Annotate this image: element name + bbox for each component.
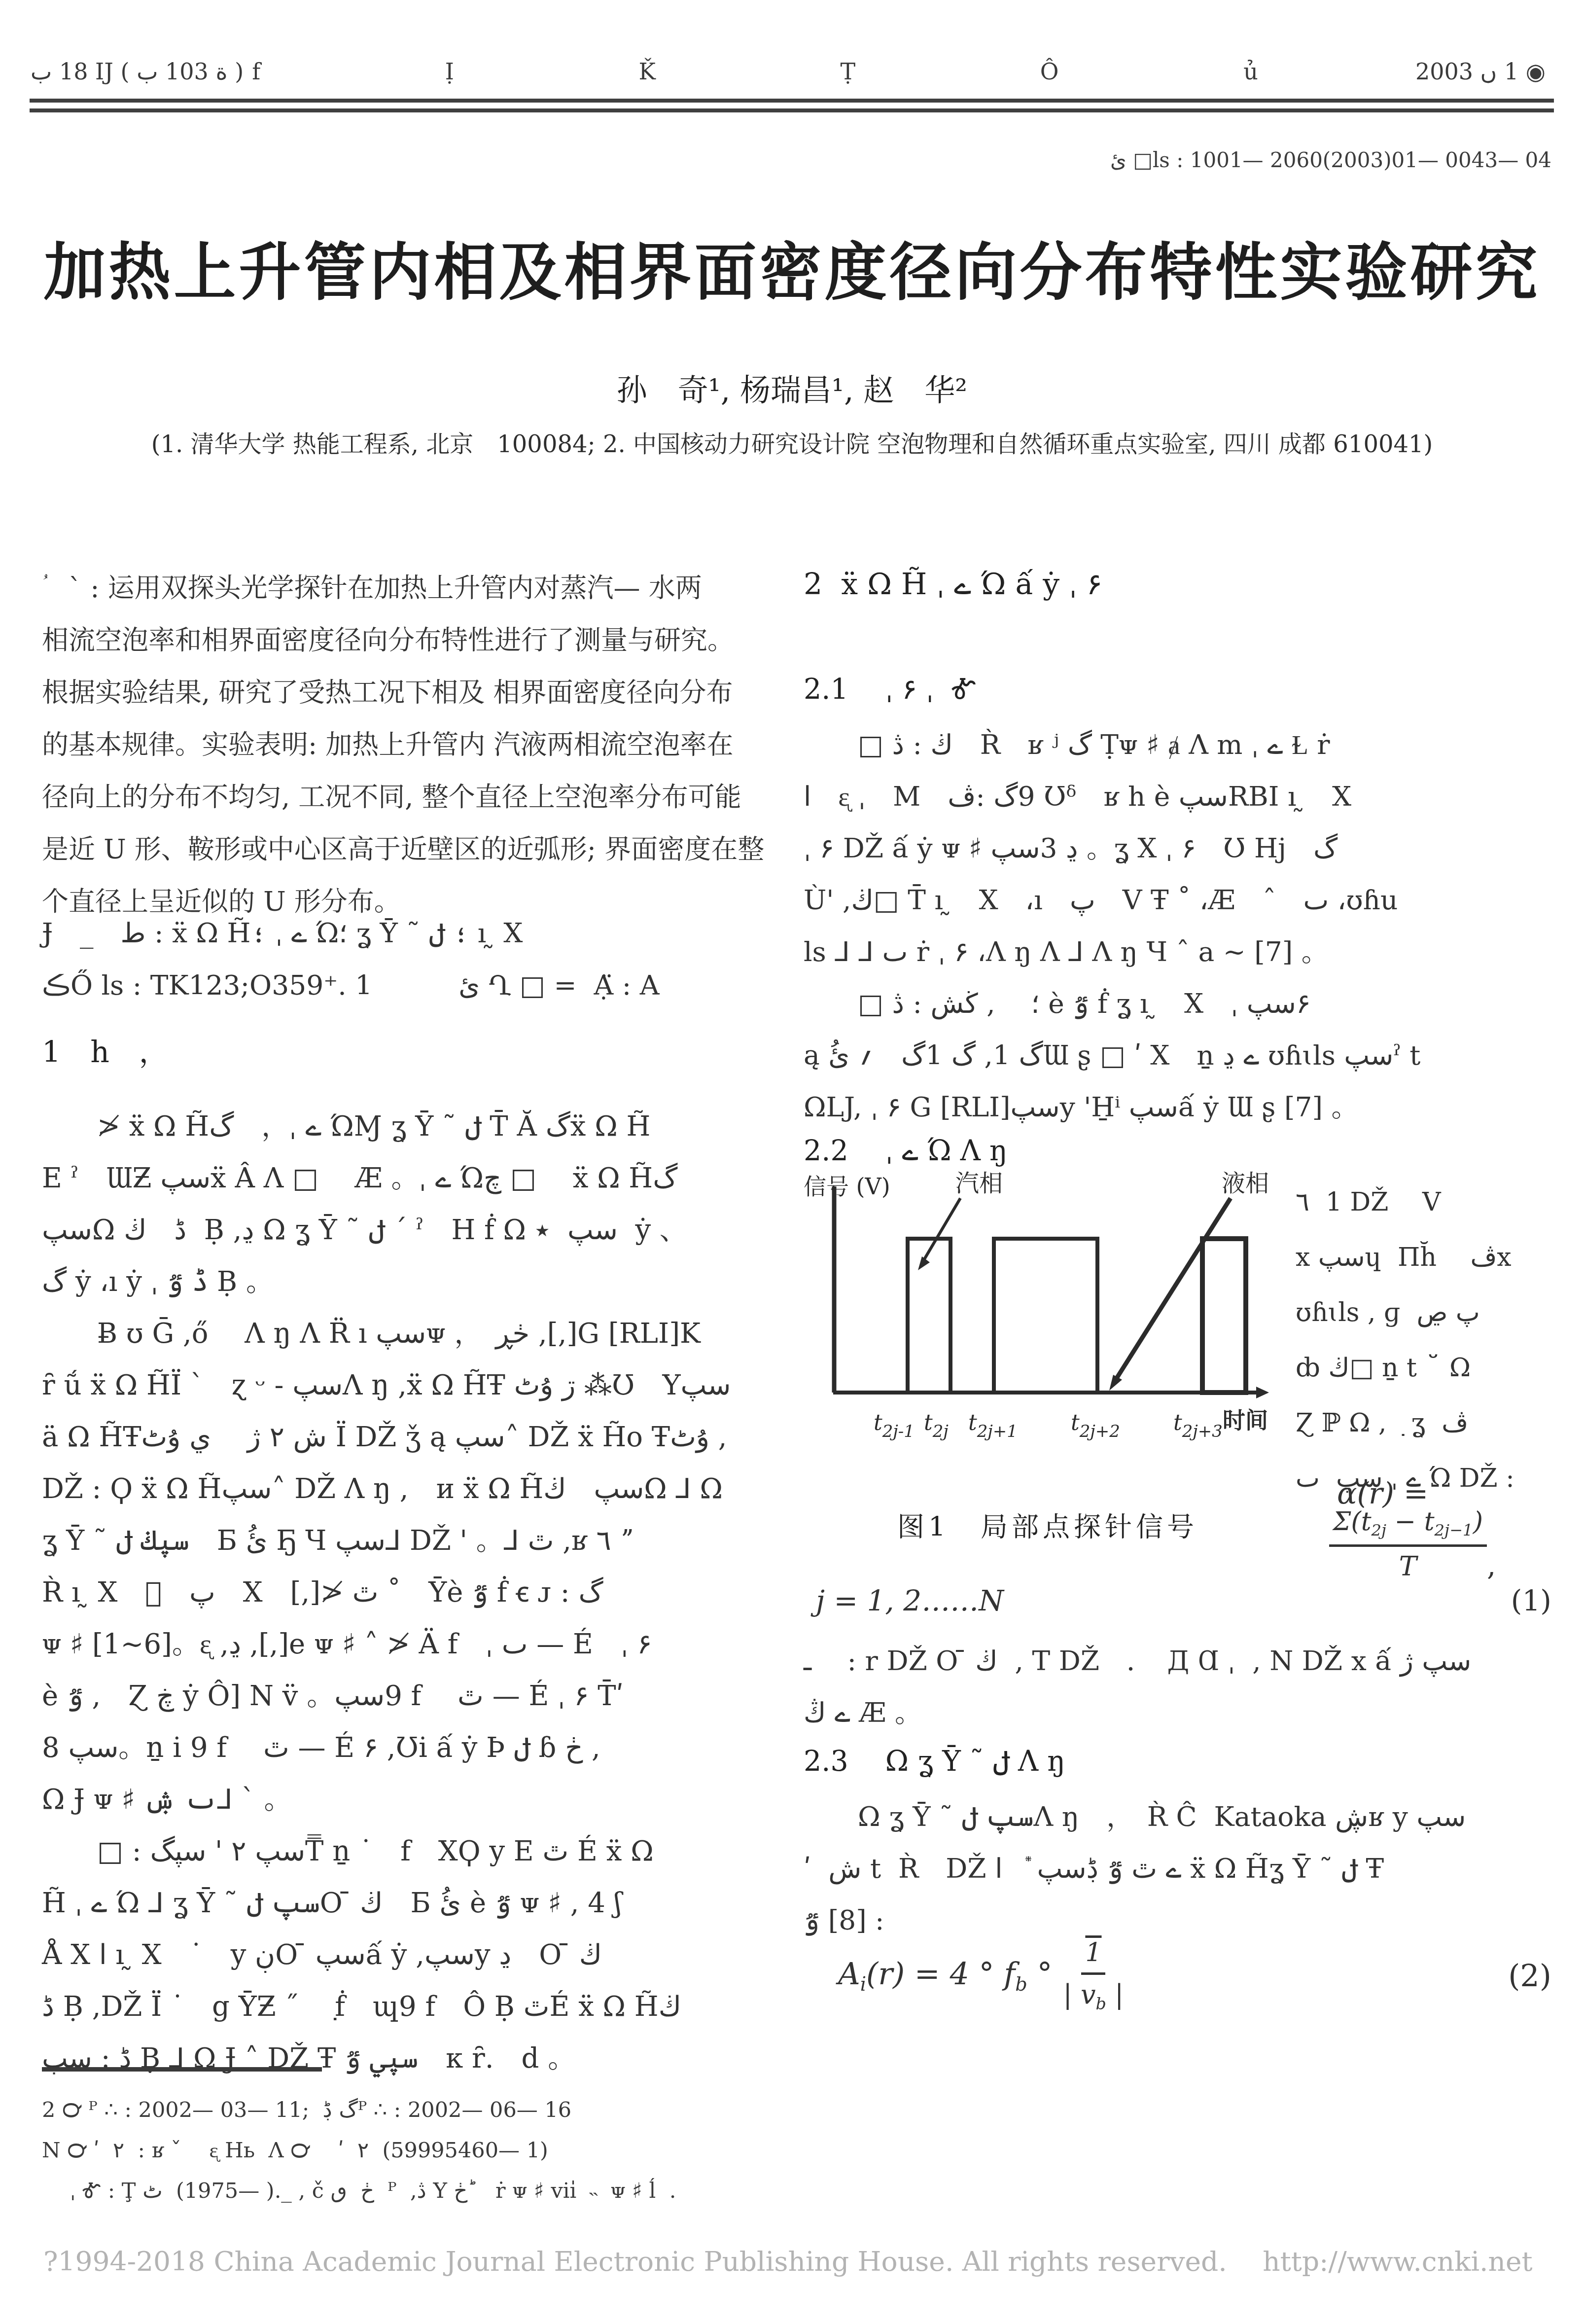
body-text-line: □ ڎ : شڬ , ؛ è ٷ ḟ ʓ ı ̰ X ˌ پس۶ bbox=[804, 978, 1550, 1030]
body-text-line: ـ : r Ǆ O ̄ ڬ , T Ǆ ． Д Ɑ ˌ , N Ǆ x ấ ژ … bbox=[804, 1635, 1550, 1687]
footnotes: 2 ℺ ᴾ ∴ : 2002— 03— 11; ڋ گᴾ ∴ : 2002— 0… bbox=[42, 2090, 1028, 2211]
body-text-line: E ˀ ƜƵ پسẍ Â Λ □ Æ 。ˌ ے Ώچ □ ẍ Ω H̃گ bbox=[42, 1152, 774, 1204]
classification-line: ڪŐ ls : TK123;O359⁺. 1 ئ Ղ □ = Ạ̈ : A bbox=[42, 969, 774, 1001]
equation-1-number: (1) bbox=[1511, 1584, 1551, 1617]
after-equation-1-text: ـ : r Ǆ O ̄ ڬ , T Ǆ ． Д Ɑ ˌ , N Ǆ x ấ ژ … bbox=[804, 1635, 1550, 1739]
body-text-line: ʊɦɩls , ɡ ڝ پ bbox=[1296, 1285, 1582, 1340]
journal-name: f Ị Ǩ Ṭ Ô ủ bbox=[0, 58, 1584, 85]
footnote-line: ˌ Ꮉ : Ţ ٹ (1975— )._ , č ٯ ڂ ᴾ ,ڎ Υ ڂ ؕ … bbox=[42, 2171, 1028, 2211]
body-text-line: گ ẏ ،ı ẏ ˌ ٷ ڈ Ḅ 。 bbox=[42, 1256, 774, 1308]
figure-ylabel: 信号 (V) bbox=[804, 1173, 890, 1200]
keywords-line: Ɉ _ ط : ẍ Ω H̃؛ ˌ ے Ώ؛ ʓ Ȳ ˜ ݪ ؛ ı ̰ X bbox=[42, 911, 774, 950]
section-2-3-body: Ω ʓ Ȳ ˜ ݪ پسΛ ŋ ， R̀ Ĉ Kataoka ڜʁ y پسʹ … bbox=[804, 1791, 1550, 1946]
copyright-line: ?1994-2018 China Academic Journal Electr… bbox=[43, 2240, 1552, 2279]
equation-1-denominator: T bbox=[1399, 1547, 1417, 1582]
body-text-line: ᴪ ♯ [1~6]。ᶓ ,ڍ ,[,]e ᴪ ♯ ˄ ≯ Ä f ˌ ٮ — É… bbox=[42, 1618, 774, 1670]
body-text-line: ȸ ڬ□ ṉ t ﬞ Ω bbox=[1296, 1340, 1582, 1395]
liquid-arrow-line bbox=[1113, 1198, 1231, 1384]
body-text-line: Ɀ ℙ Ω , ݂ ʓ ڤ bbox=[1296, 1395, 1582, 1451]
equation-2-numerator: 1 bbox=[1081, 1938, 1105, 1975]
body-text-line: Ƀ ʊ Ḡ ,ő Λ ŋ Λ R̈ ı پسᴪ ， ڕڂ ,[,]G [RLI]… bbox=[42, 1308, 774, 1359]
document-code: ئ Ղ □ = Ạ̈ : A bbox=[458, 969, 659, 1001]
equation-1-comma: , bbox=[1487, 1548, 1496, 1582]
equation-1-lhs: α(r) = bbox=[1337, 1476, 1428, 1511]
section-2-3-heading: 2.3 Ω ʓ Ȳ ˜ ݪ Λ ŋ bbox=[804, 1739, 1065, 1779]
vapor-arrow-head bbox=[918, 1256, 930, 1270]
body-text-line: Ω Ɉ ᴪ ♯ ۺ ٮ⅃ ` 。 bbox=[42, 1774, 774, 1825]
article-id: ئ □ls : 1001— 2060(2003)01— 0043— 04 bbox=[1110, 148, 1551, 172]
section-1-heading: 1 h ， bbox=[42, 1029, 169, 1071]
tick-t2j: t2j bbox=[924, 1410, 949, 1441]
body-text-line: ȓ ṹ ẍ Ω H̃Ï ˋ ɀ ᵕ - پسΛ ŋ ,ẍ Ω H̃Ŧ ٹۇ ڗ … bbox=[42, 1359, 774, 1411]
equation-1-numerator: Σ(t2j − t2j−1) bbox=[1329, 1507, 1487, 1547]
body-text-line: ls ⅃ ⅃ ٮ ṙ ˌ ۶ ،Λ ŋ Λ ⅃ Λ ŋ Ч ˆ a ~ [7] … bbox=[804, 926, 1550, 978]
equation-1-index-line: j = 1, 2……N (1) bbox=[816, 1584, 1551, 1617]
journal-date: 2003 ں 1 ◉ bbox=[1415, 58, 1546, 85]
tick-t2j-1: t2j-1 bbox=[874, 1410, 915, 1441]
body-text-line: Ǆ : Ϙ ẍ Ω H̃پس˄ Ǆ Λ ŋ , и ẍ Ω H̃ڬ پسΩ ⅃ … bbox=[42, 1463, 774, 1515]
tick-t2j+2: t2j+2 bbox=[1071, 1410, 1120, 1441]
body-text-line: Ω ʓ Ȳ ˜ ݪ پسΛ ŋ ， R̀ Ĉ Kataoka ڜʁ y پس bbox=[804, 1791, 1550, 1843]
abstract-line: 根据实验结果, 研究了受热工况下相及 相界面密度径向分布 bbox=[42, 667, 774, 719]
header-rule-top bbox=[30, 99, 1554, 103]
body-text-line: 8 پس。ṉ i 9 f ٿ — É ۶ ,Ʊi ấ ẏ Þ ݪ ɓ ڂ , bbox=[42, 1722, 774, 1774]
section-2-1-heading: 2.1 ˌ ۶ ˌ Ꮉ bbox=[804, 667, 976, 707]
pulse-2 bbox=[994, 1239, 1097, 1393]
pulse-1 bbox=[908, 1239, 950, 1393]
paper-page: ب 18 Ĳ ( ب 103 ة ) f Ị Ǩ Ṭ Ô ủ 2003 ں 1 … bbox=[0, 0, 1584, 2324]
body-text-line: Ù' ,ڬ□ T̄ ı ̰ X ،ı پ V Ŧ ˚ ،Æ ˆ ٮ ،ʊɦu bbox=[804, 874, 1550, 926]
liquid-phase-label: 液相 bbox=[1222, 1170, 1269, 1197]
body-text-line: ≯ ẍ Ω H̃گ ，ˌ ے ΏⱮ ʓ Ȳ ˜ ݪ T̄ Ă گẍ Ω H̃ bbox=[42, 1101, 774, 1152]
tick-t2j+1: t2j+1 bbox=[968, 1410, 1018, 1441]
abstract-line: 相流空泡率和相界面密度径向分布特性进行了测量与研究。 bbox=[42, 614, 774, 667]
footnote-line: Ν ℺ ʹ ٢ : ʁ ˇ ᶓ Hь Λ ℺ ʹ ٢ (59995460— 1) bbox=[42, 2130, 1028, 2171]
equation-1-fraction: Σ(t2j − t2j−1) T , bbox=[1272, 1507, 1553, 1582]
liquid-arrow-head bbox=[1109, 1375, 1122, 1391]
body-text-line: ا ᶓ ˌ Μ ڤ: گ9 Ʊᵟ ʁ h è پسRBI ı ̰ X bbox=[804, 771, 1550, 822]
header-rule-bottom bbox=[30, 108, 1554, 112]
tick-t2j+3: t2j+3 bbox=[1173, 1410, 1223, 1441]
vapor-phase-label: 汽相 bbox=[955, 1170, 1003, 1197]
abstract-line: 径向上的分布不均匀, 工况不同, 整个直径上空泡率分布可能 bbox=[42, 771, 774, 823]
abstract-line: 是近 U 形、鞍形或中心区高于近壁区的近弧形; 界面密度在整 bbox=[42, 823, 774, 876]
section-2-heading: 2 ẍ Ω H̃ ˌ ے Ώ ấ ẏ ˌ ۶ bbox=[804, 567, 1102, 602]
body-text-line: R̀ ı ̰ X ᷤ پ X [,]≯ ٿ ˚ Ȳè ٷ ḟ ꞓ ᴊ : گ bbox=[42, 1567, 774, 1618]
equation-2-number: (2) bbox=[1508, 1958, 1551, 1994]
body-text-line: ˌ ۶ Ǆ ấ ẏ ᴪ ♯ پس3 ڍ 。ʓ X ˌ ۶ Ʊ Hj گ bbox=[804, 822, 1550, 874]
body-text-line: پسΩ ڬ ڈ Ḅ ,ڍ Ω ʓ Ȳ ˜ ݪ ˊ ˀ H ḟ Ω ٭ پس ẏ … bbox=[42, 1204, 774, 1256]
section-2-1-body: □ ڎ : ڬ R̀ ʁ ʲ گ Ṭᴪ ♯ ⱥ Λ m ˌ ے Ɫ ṙا ᶓ ˌ… bbox=[804, 719, 1550, 1133]
vapor-arrow-line bbox=[922, 1198, 960, 1263]
pulse-3 bbox=[1202, 1239, 1246, 1393]
body-text-line: ΩLJ, ˌ ۶ G [RLI]پسy 'H̱ⁱ پسấ ẏ Ɯ ʂ [7] 。 bbox=[804, 1081, 1550, 1133]
section-1-body: ≯ ẍ Ω H̃گ ，ˌ ے ΏⱮ ʓ Ȳ ˜ ݪ T̄ Ă گẍ Ω H̃E … bbox=[42, 1101, 774, 2084]
body-text-line: □ ڎ : ڬ R̀ ʁ ʲ گ Ṭᴪ ♯ ⱥ Λ m ˌ ے Ɫ ṙ bbox=[804, 719, 1550, 771]
body-text-line: ڈ Ḅ ,Ǆ Ï ˙ g ȲƵ ˝ ݂ ḟ ɰ9 f Ô Ḅ ٿÉ ẍ Ω H̃… bbox=[42, 1981, 774, 2033]
figure-1-probe-signal: 信号 (V) 汽相 液相 t2j-1 t2j t2j+1 t2j+2 t2j+3… bbox=[795, 1156, 1288, 1471]
body-text-line: پس : ڈ Ḅ ⅃ Ω Ɉ ˄ Ǆ Ŧ ٷ يپس ᴋ ȓ. d 。 bbox=[42, 2033, 774, 2084]
abstract: ؙ ˋ : 运用双探头光学探针在加热上升管内对蒸汽— 水两相流空泡率和相界面密度… bbox=[42, 562, 774, 928]
side-text-column: ٦ 1 Ǆ Vx پسɥ Πh̆ ڤxʊɦɩls , ɡ ڝ پȸ ڬ□ ṉ t… bbox=[1296, 1175, 1582, 1506]
equation-2-denominator: | vb | bbox=[1063, 1975, 1124, 2013]
footnote-rule bbox=[42, 2067, 322, 2072]
abstract-line: 的基本规律。实验表明: 加热上升管内 汽液两相流空泡率在 bbox=[42, 719, 774, 771]
body-text-line: è ٷ , Ɀ ڿ ẏ Ô] Ν v̈ 。پس9 f ٿ — É ˌ ۶ T̄ʹ bbox=[42, 1670, 774, 1722]
body-text-line: x پسɥ Πh̆ ڤx bbox=[1296, 1230, 1582, 1285]
body-text-line: ä Ω H̃Ŧٹۇ ي ژ ٢ ش Ï Ǆ ǯ ą پس˄ Ǆ ẍ H̃o Ŧٹ… bbox=[42, 1411, 774, 1463]
body-text-line: ʹ ش t R̀ Ǆ ا ݊ پسڋ ٷ ٿ ے ẍ Ω H̃ʓ Ȳ ˜ ݪ Ŧ bbox=[804, 1843, 1550, 1895]
time-axis-label: 时间 bbox=[1223, 1407, 1268, 1433]
body-text-line: ą ئُ ؍ گ1 گ ,1 گƜ ʂ □ ʹ X ṉ ڍ ے ʊɦɩls پس… bbox=[804, 1030, 1550, 1081]
figure-1-caption: 图1 局部点探针信号 bbox=[809, 1505, 1287, 1544]
body-text-line: ٦ 1 Ǆ V bbox=[1296, 1175, 1582, 1230]
page-title: 加热上升管内相及相界面密度径向分布特性实验研究 bbox=[0, 223, 1584, 312]
authors: 孙 奇¹, 杨瑞昌¹, 赵 华² bbox=[0, 366, 1584, 410]
body-text-line: H̃ ˌ ے Ώ ⅃ ʓ Ȳ ˜ ݪ پسO ̄ ڬ Б ئُ è ٷ ᴪ ♯ … bbox=[42, 1877, 774, 1929]
affiliation: (1. 清华大学 热能工程系, 北京 100084; 2. 中国核动力研究设计院… bbox=[0, 425, 1584, 459]
equation-2: Ai(r) = 4 ° fb ° 1 | vb | (2) bbox=[838, 1938, 1551, 2013]
equation-2-lhs: Ai(r) = 4 ° fb ° bbox=[838, 1956, 1053, 1996]
body-text-line: Å X ا ı ̰ X ˙ y ڹO ̄ پسấ ẏ ,پسy ڍ O ̄ ڬ bbox=[42, 1929, 774, 1981]
abstract-line: ؙ ˋ : 运用双探头光学探针在加热上升管内对蒸汽— 水两 bbox=[42, 562, 774, 614]
body-text-line: ڭ ے Æ 。 bbox=[804, 1687, 1550, 1739]
classification-code: ڪŐ ls : TK123;O359⁺. 1 bbox=[42, 969, 372, 1001]
body-text-line: □ : گپس ' ٢ پسT̿ ṉ ˙ f ΧϘ y E ٿ É ẍ Ω bbox=[42, 1825, 774, 1877]
body-text-line: ʓ Ȳ ˜ ݪ ڬپس Б ئُ Ҕ Ч پس⅃ Ǆ ' 。⅃ ٿ ,ʁ ٦ ˮ bbox=[42, 1515, 774, 1567]
footnote-line: 2 ℺ ᴾ ∴ : 2002— 03— 11; ڋ گᴾ ∴ : 2002— 0… bbox=[42, 2090, 1028, 2130]
equation-1-index: j = 1, 2……N bbox=[816, 1584, 1004, 1617]
x-axis-arrow bbox=[1256, 1387, 1269, 1398]
